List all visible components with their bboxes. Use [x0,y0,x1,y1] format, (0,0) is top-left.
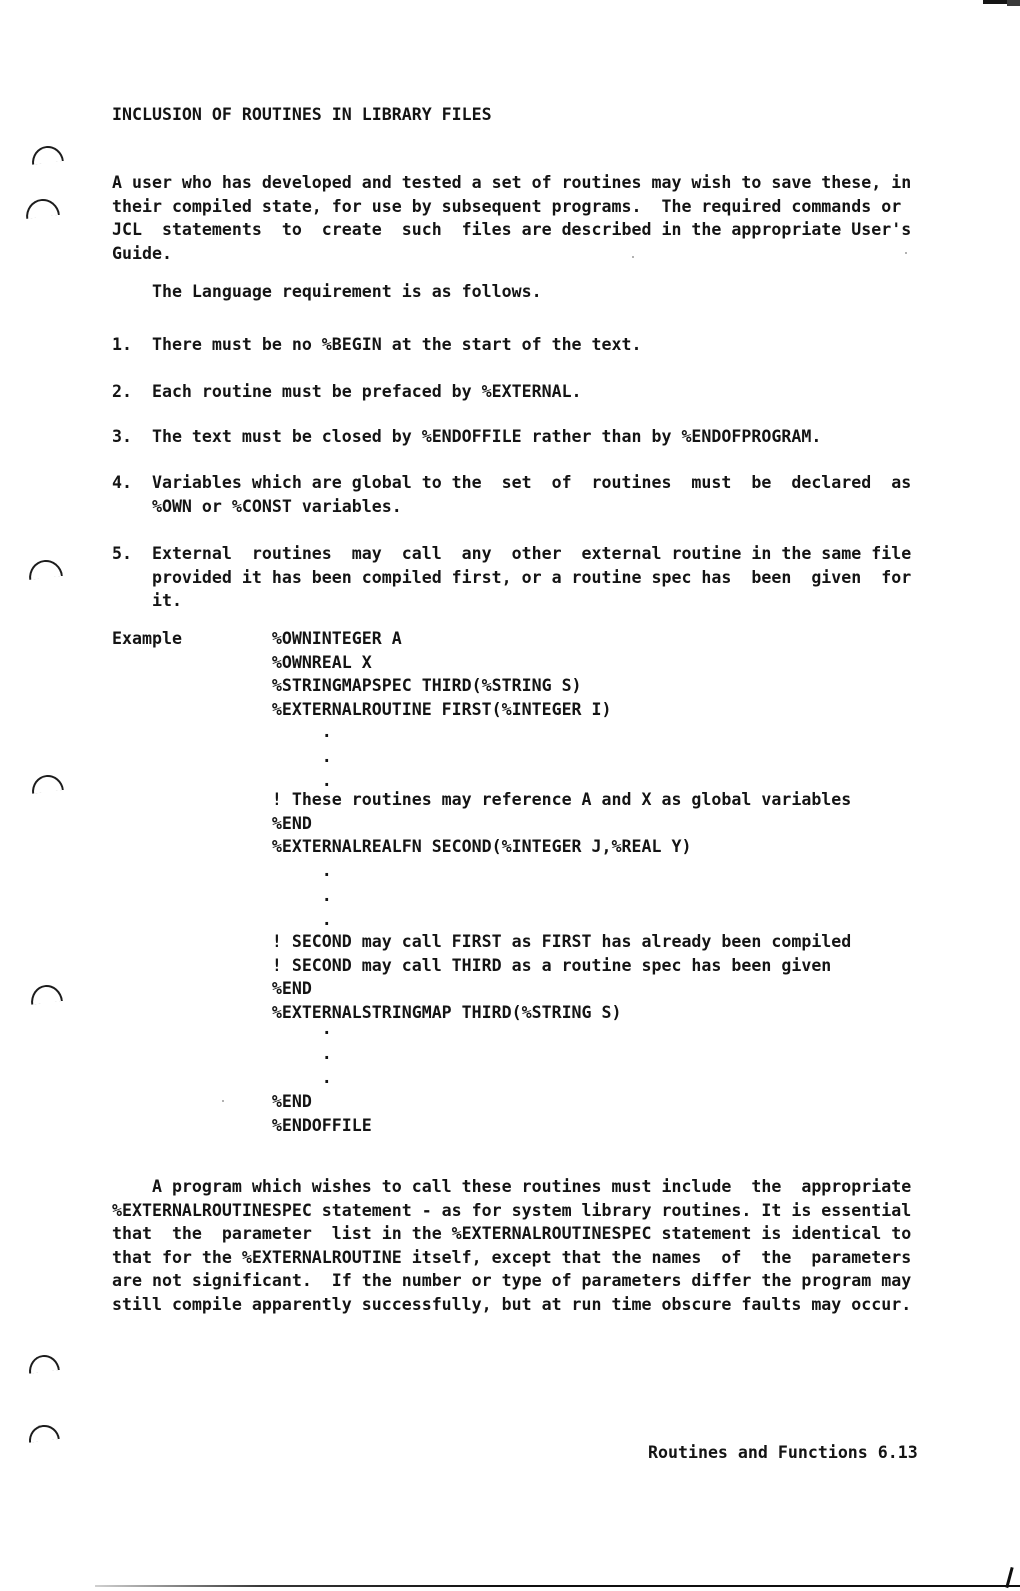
example-closing-code: %END %ENDOFFILE [112,1090,372,1137]
rule-item-2: 2. Each routine must be prefaced by %EXT… [112,380,582,404]
margin-arc-mark [30,773,64,794]
scan-speckle [905,252,907,254]
scanned-document-page: INCLUSION OF ROUTINES IN LIBRARY FILES A… [0,0,1020,1591]
margin-arc-mark [27,1353,60,1374]
example-opening-code: Example %OWNINTEGER A %OWNREAL X %STRING… [112,627,612,721]
margin-arc-mark [27,1423,60,1443]
rule-item-5: 5. External routines may call any other … [112,542,911,613]
scan-speckle [632,256,634,258]
margin-arc-mark [29,983,63,1005]
ellipsis-dots-3: . . . [112,1017,332,1091]
rule-item-4: 4. Variables which are global to the set… [112,471,911,518]
example-mid-code-1: ! These routines may reference A and X a… [112,788,851,859]
scan-speckle [838,230,840,232]
scan-bottom-edge-line [95,1585,1020,1588]
rule-item-1: 1. There must be no %BEGIN at the start … [112,333,642,357]
ellipsis-dots-2: . . . [112,859,332,933]
scan-speckle [222,1100,224,1102]
language-requirement-note: The Language requirement is as follows. [112,280,542,304]
margin-arc-mark [24,197,60,219]
intro-paragraph: A user who has developed and tested a se… [112,171,911,265]
margin-arc-mark [27,558,63,580]
scan-corner-mark [1007,0,1020,6]
page-title: INCLUSION OF ROUTINES IN LIBRARY FILES [112,103,492,127]
margin-arc-mark [30,144,64,165]
closing-paragraph: A program which wishes to call these rou… [112,1175,911,1316]
example-mid-code-2: ! SECOND may call FIRST as FIRST has alr… [112,930,851,1024]
page-footer: Routines and Functions 6.13 [648,1441,918,1465]
ellipsis-dots-1: . . . [112,720,332,794]
rule-item-3: 3. The text must be closed by %ENDOFFILE… [112,425,821,449]
